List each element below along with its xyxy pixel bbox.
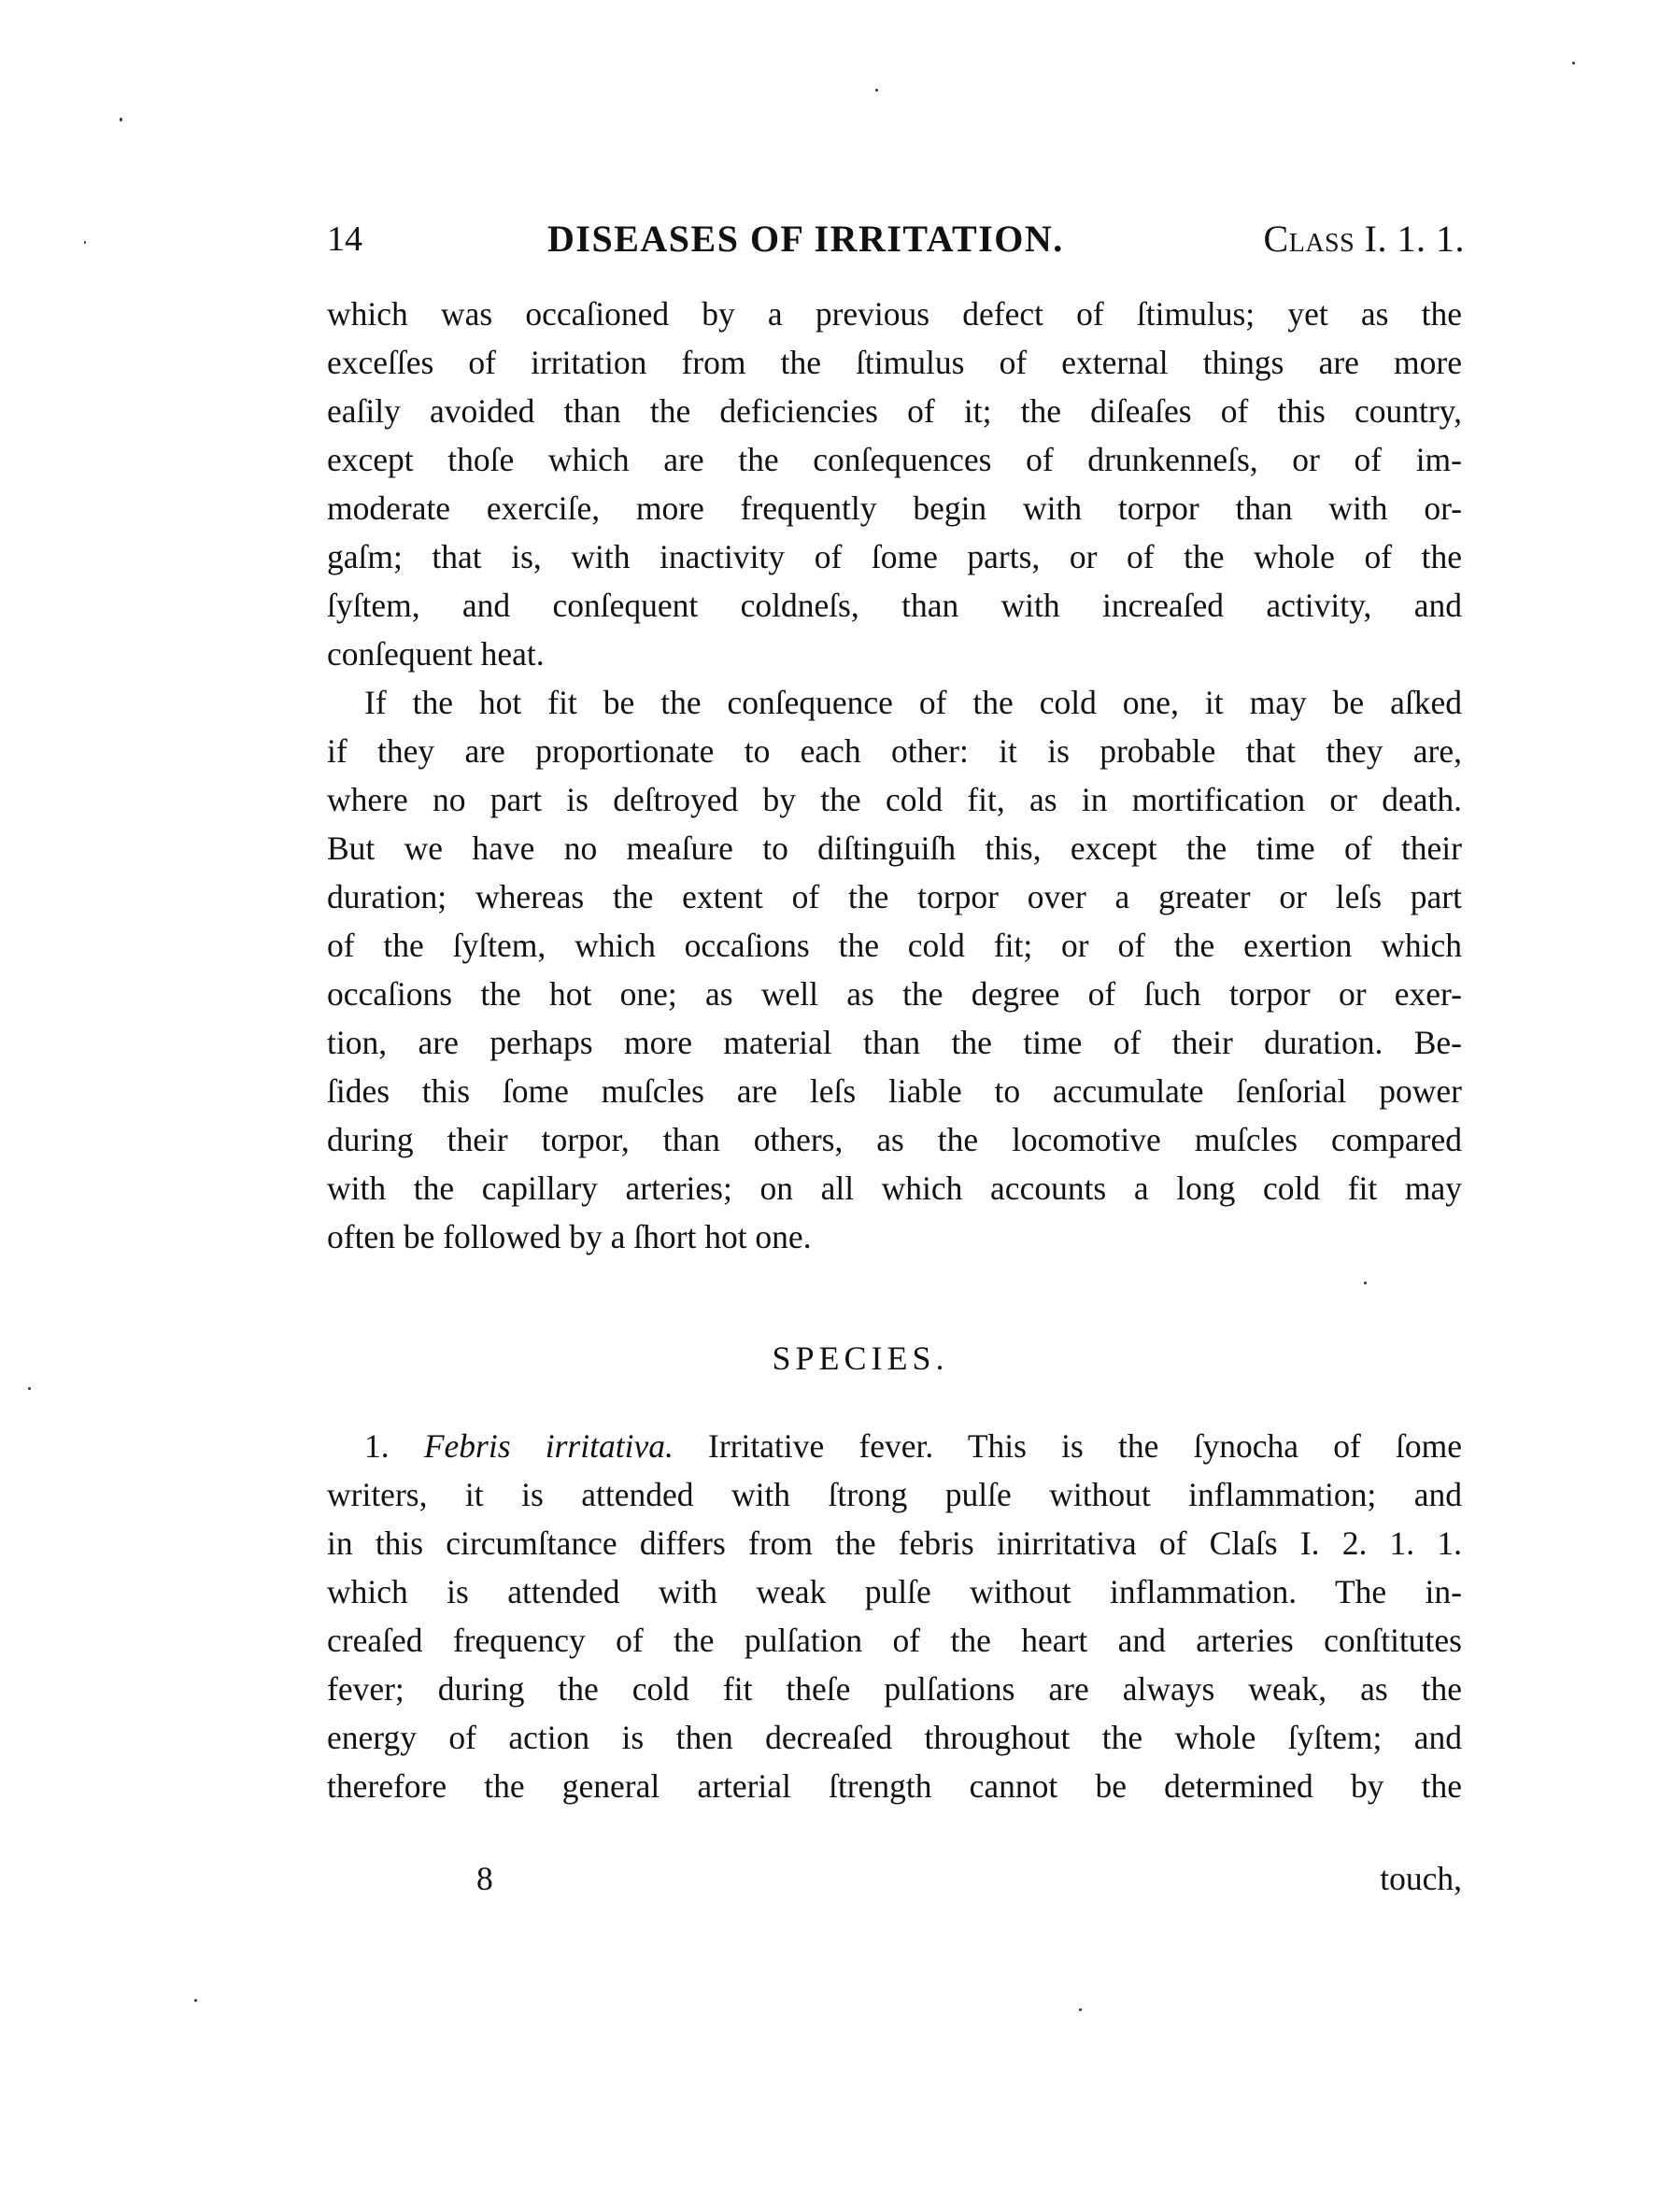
- running-head: 14 DISEASES OF IRRITATION. Class I. 1. 1…: [327, 213, 1465, 265]
- text-line: which is attended with weak pulſe withou…: [327, 1567, 1462, 1616]
- text-line: which was occaſioned by a previous defec…: [327, 290, 1462, 338]
- text-line: during their torpor, than others, as the…: [327, 1115, 1462, 1164]
- text-line: often be followed by a ſhort hot one.: [327, 1212, 1462, 1261]
- text-line: of the ſyſtem, which occaſions the cold …: [327, 921, 1462, 970]
- text-line: creaſed frequency of the pulſation of th…: [327, 1616, 1462, 1665]
- text-line: conſequent heat.: [327, 630, 1462, 678]
- text-line: duration; whereas the extent of the torp…: [327, 872, 1462, 921]
- text-line: But we have no meaſure to diſtinguiſh th…: [327, 824, 1462, 872]
- text-line: tion, are perhaps more material than the…: [327, 1018, 1462, 1067]
- scan-speck: [1364, 1282, 1367, 1284]
- signature-mark: 8: [476, 1854, 493, 1903]
- text-line: in this circumſtance differs from the fe…: [327, 1519, 1462, 1567]
- text-line-paragraph-start: If the hot fit be the conſequence of the…: [327, 678, 1462, 727]
- text-line: writers, it is attended with ſtrong pulſ…: [327, 1470, 1462, 1519]
- text-line: where no part is deſtroyed by the cold f…: [327, 775, 1462, 824]
- species-latin-name: Febris irritativa.: [424, 1427, 674, 1465]
- species-entry-first-line: 1. Febris irritativa. Irritative fever. …: [327, 1422, 1462, 1470]
- body-text-block: which was occaſioned by a previous defec…: [327, 290, 1462, 1261]
- text-line: fever; during the cold fit theſe pulſati…: [327, 1665, 1462, 1713]
- text-line: ſyſtem, and conſequent coldneſs, than wi…: [327, 581, 1462, 630]
- text-line: therefore the general arterial ſtrength …: [327, 1762, 1462, 1810]
- scan-speck: [28, 1387, 31, 1390]
- text-line: moderate exerciſe, more frequently begin…: [327, 484, 1462, 532]
- text-line: ſides this ſome muſcles are leſs liable …: [327, 1067, 1462, 1115]
- scan-speck: [84, 241, 86, 244]
- species-text-block: 1. Febris irritativa. Irritative fever. …: [327, 1422, 1462, 1810]
- scan-speck: [194, 1999, 197, 2002]
- text-line: except thoſe which are the conſequences …: [327, 435, 1462, 484]
- text-line: if they are proportionate to each other:…: [327, 727, 1462, 775]
- running-title: DISEASES OF IRRITATION.: [547, 213, 1064, 265]
- text-line: eaſily avoided than the deficiencies of …: [327, 387, 1462, 435]
- scan-speck: [120, 118, 122, 121]
- section-heading-species: SPECIES.: [0, 1334, 1674, 1382]
- scan-speck: [875, 89, 878, 92]
- book-page: 14 DISEASES OF IRRITATION. Class I. 1. 1…: [0, 0, 1674, 2212]
- text-line: occaſions the hot one; as well as the de…: [327, 970, 1462, 1018]
- scan-speck: [1079, 2008, 1082, 2011]
- species-number: 1.: [364, 1427, 390, 1465]
- text-line: exceſſes of irritation from the ſtimulus…: [327, 338, 1462, 387]
- species-description-start: Irritative fever. This is the ſynocha of…: [708, 1427, 1462, 1465]
- page-footer: 8 touch,: [327, 1854, 1462, 1903]
- class-reference: Class I. 1. 1.: [1264, 213, 1465, 265]
- page-number: 14: [327, 213, 362, 265]
- text-line: gaſm; that is, with inactivity of ſome p…: [327, 532, 1462, 581]
- text-line: energy of action is then decreaſed throu…: [327, 1713, 1462, 1762]
- catchword: touch,: [1380, 1854, 1462, 1903]
- text-line: with the capillary arteries; on all whic…: [327, 1164, 1462, 1212]
- scan-speck: [1572, 62, 1575, 64]
